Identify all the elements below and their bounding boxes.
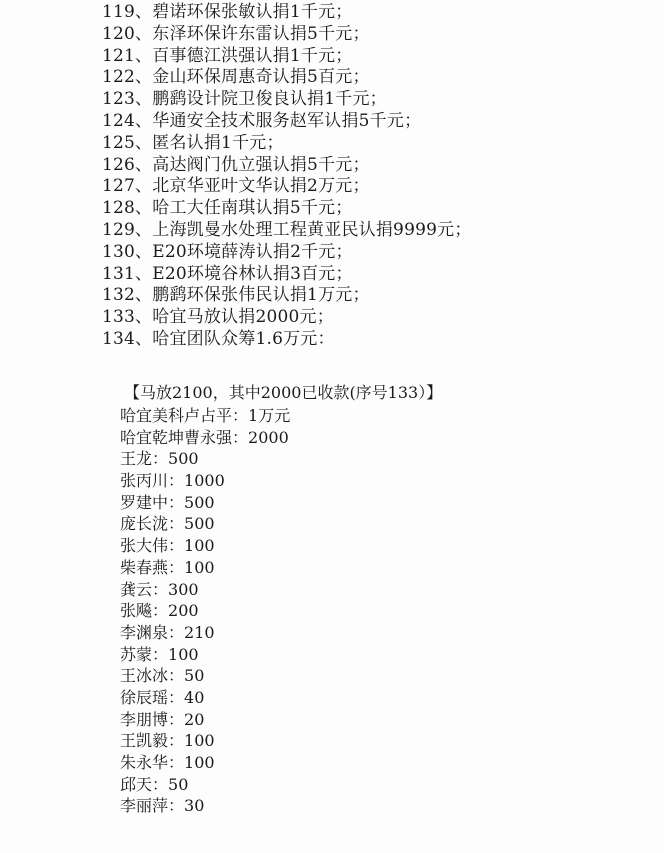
donation-entry: 125、匿名认捐1千元； bbox=[102, 133, 472, 155]
donor-name: 哈宜乾坤曹永强 bbox=[120, 428, 232, 447]
donor-amount: 100 bbox=[184, 558, 215, 577]
donation-entry: 126、高达阀门仇立强认捐5千元； bbox=[102, 155, 472, 177]
donation-entry: 130、E20环境薛涛认捐2千元； bbox=[102, 242, 472, 264]
donor-separator: ： bbox=[152, 449, 168, 468]
entry-number: 130、 bbox=[102, 242, 152, 264]
entry-number: 119、 bbox=[102, 2, 152, 24]
donor-separator: ： bbox=[168, 536, 184, 555]
donation-entry: 122、金山环保周惠奇认捐5百元； bbox=[102, 67, 472, 89]
donor-amount: 2000 bbox=[248, 428, 289, 447]
entry-text: 高达阀门仇立强认捐5千元； bbox=[152, 155, 369, 175]
donor-row: 张丙川：1000 bbox=[120, 470, 290, 492]
donor-amount: 500 bbox=[184, 493, 215, 512]
donor-separator: ： bbox=[168, 731, 184, 750]
donor-separator: ： bbox=[168, 493, 184, 512]
entry-number: 132、 bbox=[102, 285, 152, 307]
entry-text: 东泽环保许东雷认捐5千元； bbox=[152, 24, 369, 44]
donor-row: 朱永华：100 bbox=[120, 752, 290, 774]
donor-amount: 100 bbox=[184, 536, 215, 555]
donor-name: 龚云 bbox=[120, 580, 152, 599]
donor-row: 罗建中：500 bbox=[120, 492, 290, 514]
donor-separator: ： bbox=[168, 753, 184, 772]
donor-row: 王冰冰：50 bbox=[120, 665, 290, 687]
donor-amount: 40 bbox=[184, 688, 204, 707]
donor-row: 哈宜美科卢占平：1万元 bbox=[120, 405, 290, 427]
donation-entry: 134、哈宜团队众筹1.6万元： bbox=[102, 329, 472, 351]
donor-amount: 500 bbox=[168, 449, 199, 468]
entry-text: 哈宜团队众筹1.6万元： bbox=[152, 329, 334, 349]
entry-text: 金山环保周惠奇认捐5百元； bbox=[152, 67, 369, 87]
donor-row: 龚云：300 bbox=[120, 579, 290, 601]
donor-amount: 100 bbox=[168, 645, 199, 664]
donor-separator: ： bbox=[168, 710, 184, 729]
entry-text: 北京华亚叶文华认捐2万元； bbox=[152, 176, 369, 196]
donor-name: 张丙川 bbox=[120, 471, 168, 490]
entry-number: 123、 bbox=[102, 89, 152, 111]
donation-entry: 127、北京华亚叶文华认捐2万元； bbox=[102, 176, 472, 198]
donor-row: 王凯毅：100 bbox=[120, 730, 290, 752]
donor-amount: 100 bbox=[184, 731, 215, 750]
donor-row: 苏蒙：100 bbox=[120, 644, 290, 666]
donor-amount: 30 bbox=[184, 796, 204, 815]
donation-list: 119、碧诺环保张敏认捐1千元；120、东泽环保许东雷认捐5千元；121、百事德… bbox=[102, 2, 472, 351]
entry-text: 哈宜马放认捐2000元； bbox=[152, 307, 334, 327]
donation-entry: 131、E20环境谷林认捐3百元； bbox=[102, 264, 472, 286]
donor-name: 庞长泷 bbox=[120, 514, 168, 533]
donor-separator: ： bbox=[152, 645, 168, 664]
entry-number: 125、 bbox=[102, 133, 152, 155]
donation-entry: 129、上海凯曼水处理工程黄亚民认捐9999元； bbox=[102, 220, 472, 242]
donor-row: 李朋博：20 bbox=[120, 709, 290, 731]
entry-text: 哈工大任南琪认捐5千元； bbox=[152, 198, 352, 218]
entry-text: 鹏鹞环保张伟民认捐1万元； bbox=[152, 285, 369, 305]
entry-number: 128、 bbox=[102, 198, 152, 220]
document-page: 119、碧诺环保张敏认捐1千元；120、东泽环保许东雷认捐5千元；121、百事德… bbox=[0, 0, 664, 853]
entry-number: 121、 bbox=[102, 46, 152, 68]
entry-number: 124、 bbox=[102, 111, 152, 133]
team-note: 【马放2100，其中2000已收款(序号133）】 bbox=[124, 382, 442, 404]
donor-amount: 210 bbox=[184, 623, 215, 642]
donor-name: 李丽萍 bbox=[120, 796, 168, 815]
donor-amount: 100 bbox=[184, 753, 215, 772]
entry-number: 133、 bbox=[102, 307, 152, 329]
entry-number: 126、 bbox=[102, 155, 152, 177]
donor-separator: ： bbox=[152, 775, 168, 794]
donor-amount: 500 bbox=[184, 514, 215, 533]
donation-entry: 132、鹏鹞环保张伟民认捐1万元； bbox=[102, 285, 472, 307]
donor-name: 李朋博 bbox=[120, 710, 168, 729]
entry-text: 百事德江洪强认捐1千元； bbox=[152, 46, 352, 66]
donor-separator: ： bbox=[168, 514, 184, 533]
entry-text: E20环境谷林认捐3百元； bbox=[152, 264, 352, 284]
donor-separator: ： bbox=[232, 428, 248, 447]
donor-amount: 300 bbox=[168, 580, 199, 599]
entry-text: 碧诺环保张敏认捐1千元； bbox=[152, 2, 352, 22]
donor-name: 柴春燕 bbox=[120, 558, 168, 577]
donor-amount: 200 bbox=[168, 601, 199, 620]
donor-row: 柴春燕：100 bbox=[120, 557, 290, 579]
donor-name: 邱天 bbox=[120, 775, 152, 794]
entry-number: 134、 bbox=[102, 329, 152, 351]
donor-row: 邱天：50 bbox=[120, 774, 290, 796]
donor-separator: ： bbox=[232, 406, 248, 425]
donor-name: 王龙 bbox=[120, 449, 152, 468]
donor-name: 张大伟 bbox=[120, 536, 168, 555]
donor-name: 哈宜美科卢占平 bbox=[120, 406, 232, 425]
donor-name: 朱永华 bbox=[120, 753, 168, 772]
entry-number: 122、 bbox=[102, 67, 152, 89]
donor-row: 李丽萍：30 bbox=[120, 795, 290, 817]
entry-text: 鹏鹞设计院卫俊良认捐1千元； bbox=[152, 89, 387, 109]
donor-separator: ： bbox=[168, 558, 184, 577]
donor-row: 张飚：200 bbox=[120, 600, 290, 622]
donor-row: 哈宜乾坤曹永强：2000 bbox=[120, 427, 290, 449]
entry-text: E20环境薛涛认捐2千元； bbox=[152, 242, 352, 262]
donation-entry: 124、华通安全技术服务赵军认捐5千元； bbox=[102, 111, 472, 133]
donor-name: 徐辰瑶 bbox=[120, 688, 168, 707]
donor-row: 王龙：500 bbox=[120, 448, 290, 470]
entry-number: 120、 bbox=[102, 24, 152, 46]
donor-name: 王凯毅 bbox=[120, 731, 168, 750]
donation-entry: 121、百事德江洪强认捐1千元； bbox=[102, 46, 472, 68]
donor-separator: ： bbox=[168, 623, 184, 642]
donor-separator: ： bbox=[168, 666, 184, 685]
donation-entry: 120、东泽环保许东雷认捐5千元； bbox=[102, 24, 472, 46]
entry-text: 匿名认捐1千元； bbox=[152, 133, 283, 153]
donor-row: 庞长泷：500 bbox=[120, 513, 290, 535]
donor-amount: 20 bbox=[184, 710, 204, 729]
entry-number: 131、 bbox=[102, 264, 152, 286]
donor-separator: ： bbox=[168, 471, 184, 490]
entry-number: 127、 bbox=[102, 176, 152, 198]
donor-amount: 1万元 bbox=[248, 406, 290, 425]
team-donor-list: 哈宜美科卢占平：1万元哈宜乾坤曹永强：2000王龙：500张丙川：1000罗建中… bbox=[120, 405, 290, 817]
donor-name: 张飚 bbox=[120, 601, 152, 620]
donor-amount: 50 bbox=[184, 666, 204, 685]
donor-separator: ： bbox=[168, 796, 184, 815]
donor-row: 李渊泉：210 bbox=[120, 622, 290, 644]
donor-name: 王冰冰 bbox=[120, 666, 168, 685]
donation-entry: 123、鹏鹞设计院卫俊良认捐1千元； bbox=[102, 89, 472, 111]
donor-separator: ： bbox=[152, 601, 168, 620]
entry-text: 上海凯曼水处理工程黄亚民认捐9999元； bbox=[152, 220, 471, 240]
entry-number: 129、 bbox=[102, 220, 152, 242]
donor-amount: 50 bbox=[168, 775, 188, 794]
donor-name: 罗建中 bbox=[120, 493, 168, 512]
donor-separator: ： bbox=[168, 688, 184, 707]
donor-row: 徐辰瑶：40 bbox=[120, 687, 290, 709]
donation-entry: 133、哈宜马放认捐2000元； bbox=[102, 307, 472, 329]
donor-separator: ： bbox=[152, 580, 168, 599]
entry-text: 华通安全技术服务赵军认捐5千元； bbox=[152, 111, 421, 131]
donation-entry: 119、碧诺环保张敏认捐1千元； bbox=[102, 2, 472, 24]
donation-entry: 128、哈工大任南琪认捐5千元； bbox=[102, 198, 472, 220]
donor-amount: 1000 bbox=[184, 471, 225, 490]
donor-name: 苏蒙 bbox=[120, 645, 152, 664]
donor-name: 李渊泉 bbox=[120, 623, 168, 642]
donor-row: 张大伟：100 bbox=[120, 535, 290, 557]
